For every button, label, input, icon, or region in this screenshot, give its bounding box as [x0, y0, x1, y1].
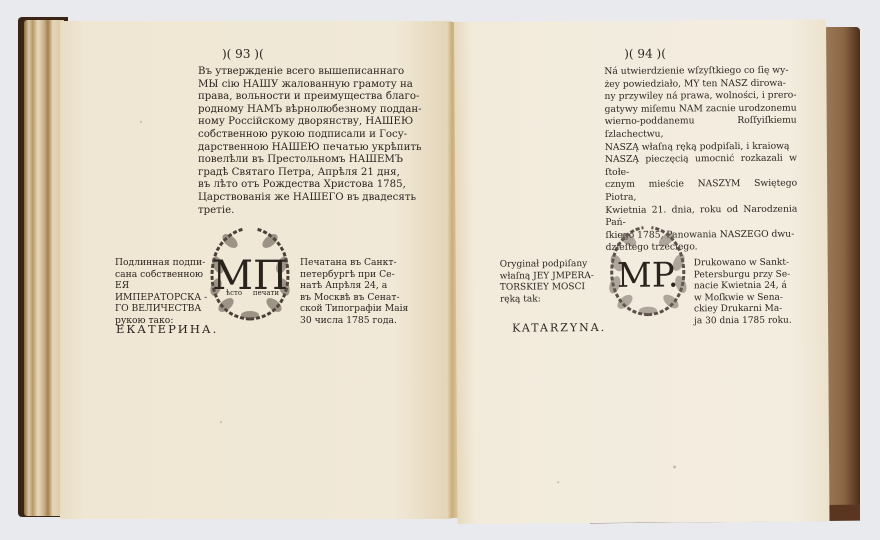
text-line: Petersburgu przy Se- [694, 269, 806, 281]
foxing-spot [140, 121, 142, 123]
wreath-seal-icon: МП ѣсто печати [204, 225, 296, 323]
svg-text:печати: печати [253, 289, 279, 297]
text-line: въ Москвѣ въ Сенат- [300, 292, 412, 304]
text-line: собственною рукою подписали и Госу- [198, 129, 440, 142]
page-block-edge [24, 20, 64, 516]
foxing-spot [220, 421, 222, 423]
imperial-seal-ru: МП ѣсто печати [204, 225, 296, 323]
svg-text:MP.: MP. [617, 255, 679, 295]
text-line: NASZĄ pieczęcią umocnić rozkazali w ſtoł… [605, 153, 797, 180]
text-line: третіе. [198, 205, 440, 218]
text-line: права, вольности и преимущества благо- [198, 91, 440, 104]
right-signature: KATARZYNA. [512, 321, 606, 335]
text-line: Въ утвержденіе всего вышеписаннаго [198, 66, 440, 79]
text-line: ному Россійскому дворянству, НАШЕЮ [198, 116, 440, 129]
text-line: сана собственною ЕЯ [115, 269, 215, 292]
text-line: ckiey Drukarni Ma- [694, 304, 806, 316]
text-line: ИМПЕРАТОРСКА - [115, 292, 215, 304]
text-line: петербургѣ при Се- [300, 269, 412, 281]
text-line: ręką tak: [500, 293, 604, 305]
left-page: )( 93 )( Въ утвержденіе всего вышеписанн… [60, 21, 452, 519]
text-line: w Moſkwie w Sena- [694, 292, 806, 304]
imperial-seal-pl: MP. [603, 224, 692, 319]
text-line: натѣ Апрѣля 24, а [300, 280, 412, 292]
text-line: МЫ сію НАШУ жалованную грамоту на [198, 79, 440, 92]
left-page-number: )( 93 )( [222, 47, 264, 61]
foxing-spot [557, 481, 559, 483]
text-line: родному НАМЪ вѣрнолюбезному поддан- [198, 104, 440, 117]
right-signature-note: Oryginał podpiſany właſną JEY JMPERA- TO… [500, 259, 604, 306]
left-imprint: Печатана въ Санкт- петербургѣ при Се- на… [300, 257, 412, 326]
right-page: )( 94 )( Ná utwierdzienie wſzyſtkiego co… [454, 19, 829, 524]
right-imprint: Drukowano w Sankt- Petersburgu przy Se- … [694, 258, 806, 328]
text-line: cznym mieście NASZYM Swiętego Piotra, [605, 178, 797, 205]
text-line: въ лѣто отъ Рождества Христова 1785, [198, 179, 440, 192]
text-line: Oryginał podpiſany [500, 259, 604, 271]
text-line: właſną JEY JMPERA- [500, 270, 604, 282]
text-line: ny przywiley ná prawa, wolności, i prero… [604, 90, 796, 104]
right-page-number: )( 94 )( [624, 47, 666, 61]
text-line: ja 30 dnia 1785 roku. [694, 315, 806, 327]
text-line: Drukowano w Sankt- [694, 258, 806, 270]
text-line: Царствованія же НАШЕГО въ двадесять [198, 192, 440, 205]
text-line: Ná utwierdzienie wſzyſtkiego co ſię wy- [604, 65, 796, 79]
left-body-text: Въ утвержденіе всего вышеписаннаго МЫ сі… [198, 66, 440, 217]
text-line: градѣ Святаго Петра, Апрѣля 21 дня, [198, 167, 440, 180]
text-line: Подлинная подпи- [115, 257, 215, 269]
left-signature-note: Подлинная подпи- сана собственною ЕЯ ИМП… [115, 257, 215, 326]
text-line: nacie Kwietnia 24, á [694, 281, 806, 293]
text-line: повелѣли въ Престольномъ НАШЕМЪ [198, 154, 440, 167]
svg-text:ѣсто: ѣсто [226, 289, 242, 297]
text-line: 30 числа 1785 года. [300, 315, 412, 327]
text-line: дарственною НАШЕЮ печатью укрѣпить [198, 142, 440, 155]
foxing-spot [673, 465, 676, 468]
text-line: TORSKIEY MOSCI [500, 282, 604, 294]
text-line: ской Типографіи Маія [300, 303, 412, 315]
text-line: wierno-poddanemu Roſſyiſkiemu ſzlachectw… [605, 115, 797, 142]
left-signature: ЕКАТЕРИНА. [116, 322, 218, 336]
wreath-seal-icon: MP. [603, 224, 692, 319]
text-line: Печатана въ Санкт- [300, 257, 412, 269]
text-line: ГО ВЕЛИЧЕСТВА [115, 303, 215, 315]
